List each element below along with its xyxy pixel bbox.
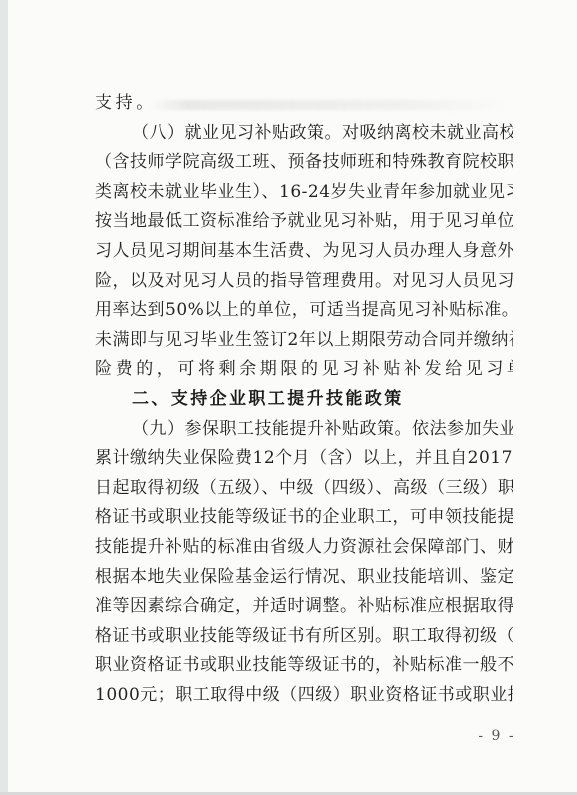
text-line: 格证书或职业技能等级证书有所区别。职工取得初级（五级） xyxy=(95,622,513,652)
text-line: 职业资格证书或职业技能等级证书的，补贴标准一般不超过 xyxy=(95,651,513,681)
text-line: 格证书或职业技能等级证书的企业职工，可申领技能提升补贴。 xyxy=(95,503,513,533)
text-line: 技能提升补贴的标准由省级人力资源社会保障部门、财政部门 xyxy=(95,533,513,563)
text-line: 习人员见习期间基本生活费、为见习人员办理人身意外伤害保 xyxy=(95,237,513,267)
page-number: - 9 - xyxy=(472,728,522,744)
scan-left-edge xyxy=(0,0,8,795)
text-line: 险费的，可将剩余期限的见习补贴补发给见习单位。 xyxy=(95,355,513,385)
text-line: 未满即与见习毕业生签订2年以上期限劳动合同并缴纳社会保 xyxy=(95,326,513,356)
document-body: 支持。 （八）就业见习补贴政策。对吸纳离校未就业高校毕业生 （含技师学院高级工班… xyxy=(95,89,513,710)
text-line: 按当地最低工资标准给予就业见习补贴，用于见习单位支付见 xyxy=(95,207,513,237)
text-line: 用率达到50%以上的单位，可适当提高见习补贴标准。对见习期 xyxy=(95,296,513,326)
text-line: 根据本地失业保险基金运行情况、职业技能培训、鉴定收费标 xyxy=(95,563,513,593)
text-line: 准等因素综合确定，并适时调整。补贴标准应根据取得职业资 xyxy=(95,592,513,622)
paragraph-8-title-line: （八）就业见习补贴政策。对吸纳离校未就业高校毕业生 xyxy=(95,119,513,149)
text-line: 累计缴纳失业保险费12个月（含）以上，并且自2017年1月1 xyxy=(95,444,513,474)
text-line: 类离校未就业毕业生）、16-24岁失业青年参加就业见习的单位， xyxy=(95,178,513,208)
text-line: 1000元；职工取得中级（四级）职业资格证书或职业技能等级 xyxy=(95,681,513,711)
section-heading: 二、支持企业职工提升技能政策 xyxy=(95,385,513,415)
text-line: 支持。 xyxy=(95,89,513,119)
paragraph-9-title-line: （九）参保职工技能提升补贴政策。依法参加失业保险， xyxy=(95,415,513,445)
text-line: 日起取得初级（五级）、中级（四级）、高级（三级）职业资 xyxy=(95,474,513,504)
text-line: （含技师学院高级工班、预备技师班和特殊教育院校职业教育 xyxy=(95,148,513,178)
text-line: 险，以及对见习人员的指导管理费用。对见习人员见习期满留 xyxy=(95,267,513,297)
